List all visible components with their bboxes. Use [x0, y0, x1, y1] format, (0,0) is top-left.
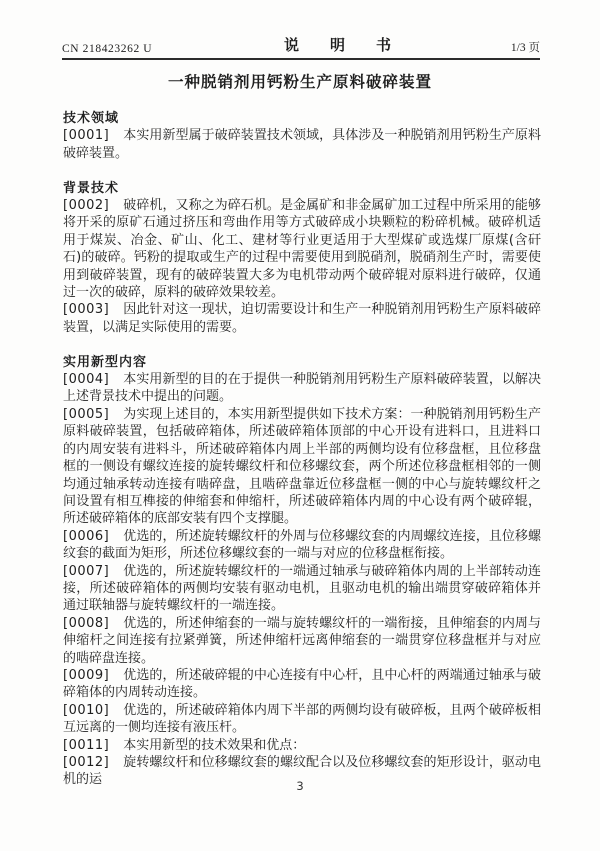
paragraph-text: 因此针对这一现状，迫切需要设计和生产一种脱销剂用钙粉生产原料破碎装置，以满足实际…	[63, 302, 541, 334]
document-number: CN 218423262 U	[62, 43, 152, 55]
invention-title: 一种脱销剂用钙粉生产原料破碎装置	[0, 70, 600, 92]
paragraph: [0005]为实现上述目的，本实用新型提供如下技术方案：一种脱销剂用钙粉生产原料…	[63, 406, 541, 528]
paragraph-text: 本实用新型的目的在于提供一种脱销剂用钙粉生产原料破碎装置，以解决上述背景技术中提…	[63, 372, 541, 404]
paragraph: [0009]优选的，所述破碎辊的中心连接有中心杆，且中心杆的两端通过轴承与破碎箱…	[63, 667, 541, 702]
section-heading: 背景技术	[63, 180, 541, 197]
paragraph-number: [0003]	[63, 301, 109, 318]
paragraph-number: [0001]	[63, 127, 109, 144]
paragraph-text: 优选的，所述破碎辊的中心连接有中心杆，且中心杆的两端通过轴承与破碎箱体的内周转动…	[63, 668, 541, 700]
paragraph: [0008]优选的，所述伸缩套的一端与旋转螺纹杆的一端衔接，且伸缩套的内周与伸缩…	[63, 615, 541, 667]
paragraph: [0007]优选的，所述旋转螺纹杆的一端通过轴承与破碎箱体内周的上半部转动连接，…	[63, 563, 541, 615]
document-type-label: 说 明 书	[284, 34, 399, 55]
paragraph: [0010]优选的，所述破碎箱体内周下半部的两侧均设有破碎板，且两个破碎板相互远…	[63, 702, 541, 737]
page-header: CN 218423262 U 说 明 书 1/3 页	[62, 34, 540, 60]
paragraph-text: 优选的，所述旋转螺纹杆的外周与位移螺纹套的内周螺纹连接，且位移螺纹套的截面为矩形…	[63, 529, 541, 561]
paragraph: [0003]因此针对这一现状，迫切需要设计和生产一种脱销剂用钙粉生产原料破碎装置…	[63, 301, 541, 336]
paragraph-text: 优选的，所述伸缩套的一端与旋转螺纹杆的一端衔接，且伸缩套的内周与伸缩杆之间连接有…	[63, 616, 541, 666]
paragraph: [0011]本实用新型的技术效果和优点：	[63, 737, 541, 754]
section-heading: 实用新型内容	[63, 354, 541, 371]
paragraph-text: 优选的，所述旋转螺纹杆的一端通过轴承与破碎箱体内周的上半部转动连接，所述破碎箱体…	[63, 564, 541, 614]
paragraph: [0001]本实用新型属于破碎装置技术领域，具体涉及一种脱销剂用钙粉生产原料破碎…	[63, 127, 541, 162]
page-indicator: 1/3 页	[511, 39, 540, 55]
page-footer: 3	[0, 779, 600, 793]
paragraph-number: [0004]	[63, 371, 109, 388]
paragraph-text: 为实现上述目的，本实用新型提供如下技术方案：一种脱销剂用钙粉生产原料破碎装置，包…	[63, 407, 541, 526]
document-body: 技术领域[0001]本实用新型属于破碎装置技术领域，具体涉及一种脱销剂用钙粉生产…	[63, 110, 541, 789]
paragraph-number: [0006]	[63, 528, 109, 545]
paragraph-text: 本实用新型属于破碎装置技术领域，具体涉及一种脱销剂用钙粉生产原料破碎装置。	[63, 128, 541, 160]
section-heading: 技术领域	[63, 110, 541, 127]
paragraph: [0002]破碎机，又称之为碎石机。是金属矿和非金属矿加工过程中所采用的能够将开…	[63, 197, 541, 301]
paragraph-number: [0010]	[63, 702, 109, 719]
paragraph-number: [0005]	[63, 406, 109, 423]
paragraph: [0006]优选的，所述旋转螺纹杆的外周与位移螺纹套的内周螺纹连接，且位移螺纹套…	[63, 528, 541, 563]
paragraph-number: [0009]	[63, 667, 109, 684]
paragraph-number: [0011]	[63, 737, 109, 754]
paragraph-number: [0007]	[63, 563, 109, 580]
patent-specification-page: CN 218423262 U 说 明 书 1/3 页 一种脱销剂用钙粉生产原料破…	[0, 0, 600, 851]
paragraph-text: 优选的，所述破碎箱体内周下半部的两侧均设有破碎板，且两个破碎板相互远离的一侧均连…	[63, 703, 541, 735]
paragraph-text: 本实用新型的技术效果和优点：	[123, 738, 305, 753]
paragraph-text: 破碎机，又称之为碎石机。是金属矿和非金属矿加工过程中所采用的能够将开采的原矿石通…	[63, 198, 541, 300]
paragraph: [0004]本实用新型的目的在于提供一种脱销剂用钙粉生产原料破碎装置，以解决上述…	[63, 371, 541, 406]
page-number: 3	[296, 779, 303, 793]
paragraph-number: [0008]	[63, 615, 109, 632]
paragraph-number: [0012]	[63, 754, 109, 771]
paragraph-number: [0002]	[63, 197, 109, 214]
